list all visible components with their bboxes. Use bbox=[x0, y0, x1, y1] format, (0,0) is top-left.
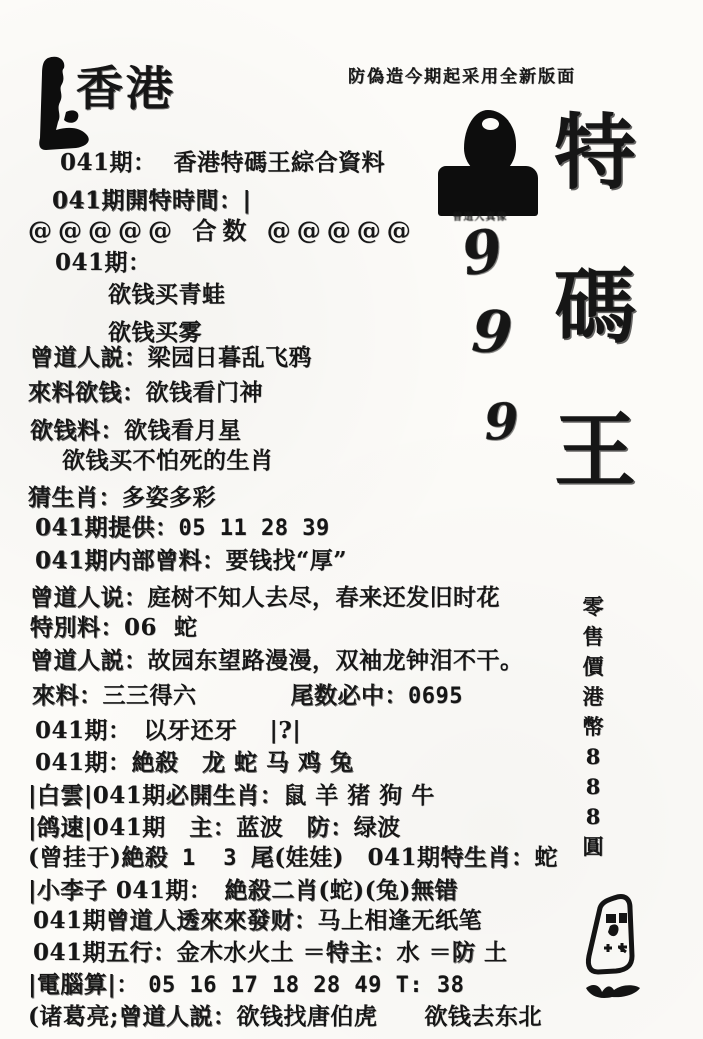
line-segment: 041期 bbox=[93, 814, 190, 841]
text-line: |鸽速|041期 主：蓝波 防：绿波 bbox=[28, 815, 401, 840]
text-line: 欲钱买雾 bbox=[108, 320, 202, 345]
line-segment: 欲钱买不怕死的生肖 bbox=[62, 447, 274, 474]
line-segment: 絶殺 bbox=[121, 844, 168, 871]
price-char: 港 bbox=[578, 682, 608, 712]
line-segment: 來料欲钱： bbox=[28, 379, 146, 406]
line-segment: 以牙还牙 |?| bbox=[120, 717, 301, 744]
text-line: (曾挂于)絶殺 1 3 尾(娃娃) 041期特生肖：蛇 bbox=[28, 845, 558, 871]
line-segment: 尾 bbox=[251, 844, 275, 871]
text-line: |電腦算|： 05 16 17 18 28 49 T: 38 bbox=[28, 972, 464, 998]
line-segment: 041期開特時間：| bbox=[52, 187, 251, 214]
line-segment: |小李子 bbox=[28, 877, 107, 904]
line-segment: 欲钱看月星 bbox=[124, 417, 242, 444]
line-segment: |白雲| bbox=[28, 782, 93, 809]
line-segment: |電腦算| bbox=[28, 971, 116, 998]
line-segment: 金木水火土 ＝ bbox=[177, 939, 327, 966]
line-segment: 05 11 28 39 bbox=[179, 516, 330, 541]
line-segment: 欲钱料： bbox=[30, 417, 124, 444]
line-segment: 041期： bbox=[60, 149, 157, 176]
line-segment: 041期 bbox=[93, 782, 166, 809]
text-line: 來料：三三得六 尾数必中：0695 bbox=[32, 683, 463, 709]
line-segment: 欲钱找唐伯虎 欲钱去东北 bbox=[236, 1003, 542, 1030]
line-segment: 041期： bbox=[55, 249, 152, 276]
text-line: 041期：絶殺 龙 蛇 马 鸡 兔 bbox=[35, 750, 354, 775]
line-segment: 蛇 bbox=[535, 844, 559, 871]
line-segment: 絶殺二肖 bbox=[224, 877, 318, 904]
line-segment: 05 16 17 18 28 49 T: 38 bbox=[148, 973, 464, 998]
line-segment: 防： bbox=[307, 814, 354, 841]
line-segment: 多姿多彩 bbox=[122, 484, 216, 511]
anti-counterfeit-slogan: 防偽造今期起采用全新版面 bbox=[348, 62, 618, 87]
decorative-nine: 9 bbox=[482, 391, 520, 452]
price-char: 價 bbox=[578, 652, 608, 682]
line-segment: 蓝波 bbox=[236, 814, 307, 841]
line-segment: 特別料： bbox=[30, 614, 124, 641]
line-segment: 曾道人透來來發财： bbox=[106, 907, 318, 934]
scanned-lottery-sheet: 香港 防偽造今期起采用全新版面 曾道人真像 9 9 9 特 碼 王 零售價港幣8… bbox=[0, 0, 703, 1039]
text-line: 曾道人说：庭树不知人去尽，春来还发旧时花 bbox=[30, 585, 500, 610]
text-line: 欲钱买不怕死的生肖 bbox=[62, 448, 274, 473]
masthead-region-title: 香港 bbox=[76, 52, 176, 119]
line-segment: 041期： bbox=[35, 749, 132, 776]
price-char: 8 bbox=[578, 772, 608, 802]
line-segment: 041期内部曾料： bbox=[35, 547, 226, 574]
portrait-silhouette bbox=[438, 110, 538, 218]
price-char: 售 bbox=[578, 622, 608, 652]
text-line: 041期： 以牙还牙 |?| bbox=[35, 718, 301, 743]
line-segment: 主： bbox=[189, 814, 236, 841]
text-line: 曾道人説：故园东望路漫漫，双袖龙钟泪不干。 bbox=[30, 648, 524, 673]
line-segment: (曾挂于) bbox=[28, 844, 121, 871]
text-line: @@@@@ 合数 @@@@@ bbox=[28, 218, 417, 244]
text-line: |小李子 041期： 絶殺二肖(蛇)(兔)無错 bbox=[28, 878, 458, 903]
line-segment: 欲钱买青蛙 bbox=[108, 281, 226, 308]
text-line: 041期内部曾料：要钱找“厚” bbox=[35, 548, 347, 573]
line-segment: 06 蛇 bbox=[124, 614, 198, 641]
line-segment: 無错 bbox=[411, 877, 458, 904]
portrait-highlight bbox=[482, 118, 499, 130]
title-char: 特 bbox=[552, 112, 638, 194]
text-line: 欲钱买青蛙 bbox=[108, 282, 226, 307]
vertical-title: 特 碼 王 bbox=[552, 112, 638, 492]
line-segment: 尾数必中： bbox=[197, 682, 409, 709]
line-segment: ： bbox=[116, 971, 148, 998]
text-line: (诸葛亮;曾道人説：欲钱找唐伯虎 欲钱去东北 bbox=[28, 1004, 542, 1029]
line-segment: 來料： bbox=[32, 682, 103, 709]
line-segment: 0695 bbox=[408, 684, 463, 709]
line-segment: 曾道人说： bbox=[30, 584, 148, 611]
line-segment: 041期 bbox=[33, 907, 106, 934]
line-segment: 防 bbox=[452, 939, 476, 966]
line-segment: 土 bbox=[476, 939, 508, 966]
price-char: 幣 bbox=[578, 712, 608, 742]
text-line: 041期曾道人透來來發财：马上相逢无纸笔 bbox=[33, 908, 482, 933]
line-segment: (娃娃) 041期 bbox=[274, 844, 440, 871]
text-line: 041期五行：金木水火土 ＝特主：水 ＝防 土 bbox=[33, 940, 508, 965]
line-segment: 故园东望路漫漫，双袖龙钟泪不干。 bbox=[148, 647, 524, 674]
line-segment: 鼠 羊 猪 狗 牛 bbox=[283, 782, 435, 809]
line-segment: 水 ＝ bbox=[397, 939, 453, 966]
line-segment: 要钱找“厚” bbox=[226, 547, 347, 574]
text-line: 特別料：06 蛇 bbox=[30, 615, 198, 640]
text-line: 041期： 香港特碼王綜合資料 bbox=[60, 150, 385, 175]
line-segment: 特主： bbox=[326, 939, 397, 966]
line-segment: 欲钱买雾 bbox=[108, 319, 202, 346]
line-segment: 041期： bbox=[35, 717, 120, 744]
text-line: 猜生肖：多姿多彩 bbox=[28, 485, 216, 510]
line-segment: 必開生肖： bbox=[166, 782, 284, 809]
decorative-nine: 9 bbox=[456, 215, 508, 289]
line-segment: 五行： bbox=[106, 939, 177, 966]
line-segment: 马上相逢无纸笔 bbox=[318, 907, 483, 934]
line-segment: @@@@@ 合数 @@@@@ bbox=[28, 216, 417, 245]
line-segment: 欲钱看门神 bbox=[146, 379, 264, 406]
line-segment: 庭树不知人去尽，春来还发旧时花 bbox=[148, 584, 501, 611]
line-segment: 特生肖： bbox=[441, 844, 535, 871]
text-line: 曾道人説：梁园日暮乱飞鸦 bbox=[30, 345, 312, 370]
line-segment: 041期： bbox=[107, 877, 224, 904]
line-segment: 絶殺 龙 蛇 马 鸡 兔 bbox=[132, 749, 354, 776]
line-segment: 三三得六 bbox=[103, 682, 197, 709]
text-line: 041期提供：05 11 28 39 bbox=[35, 515, 330, 541]
text-line: 欲钱料：欲钱看月星 bbox=[30, 418, 242, 443]
line-segment: 041期 bbox=[33, 939, 106, 966]
seal-stamp bbox=[580, 892, 654, 1012]
line-segment: (诸葛亮; bbox=[28, 1003, 119, 1030]
line-segment: 1 3 bbox=[168, 846, 250, 871]
price-char: 8 bbox=[578, 742, 608, 772]
line-segment: |鸽速| bbox=[28, 814, 93, 841]
text-line: |白雲|041期必開生肖：鼠 羊 猪 狗 牛 bbox=[28, 783, 435, 808]
line-segment: 猜生肖： bbox=[28, 484, 122, 511]
text-line: 041期開特時間：| bbox=[52, 188, 251, 213]
decorative-nine: 9 bbox=[470, 297, 515, 368]
line-segment: 香港特碼王綜合資料 bbox=[157, 149, 386, 176]
vertical-price-text: 零售價港幣888圓 bbox=[578, 592, 608, 862]
price-char: 8 bbox=[578, 802, 608, 832]
line-segment: 绿波 bbox=[354, 814, 401, 841]
line-segment: 曾道人説： bbox=[30, 647, 148, 674]
text-line: 041期： bbox=[55, 250, 152, 275]
text-line: 來料欲钱：欲钱看门神 bbox=[28, 380, 263, 405]
line-segment: 曾道人説： bbox=[119, 1003, 237, 1030]
title-char: 王 bbox=[552, 410, 638, 492]
line-segment: 梁园日暮乱飞鸦 bbox=[148, 344, 313, 371]
price-char: 零 bbox=[578, 592, 608, 622]
line-segment: 曾道人説： bbox=[30, 344, 148, 371]
price-char: 圓 bbox=[578, 832, 608, 862]
line-segment: 041期提供： bbox=[35, 514, 179, 541]
title-char: 碼 bbox=[552, 266, 638, 348]
line-segment: (蛇)(兔) bbox=[318, 877, 411, 904]
